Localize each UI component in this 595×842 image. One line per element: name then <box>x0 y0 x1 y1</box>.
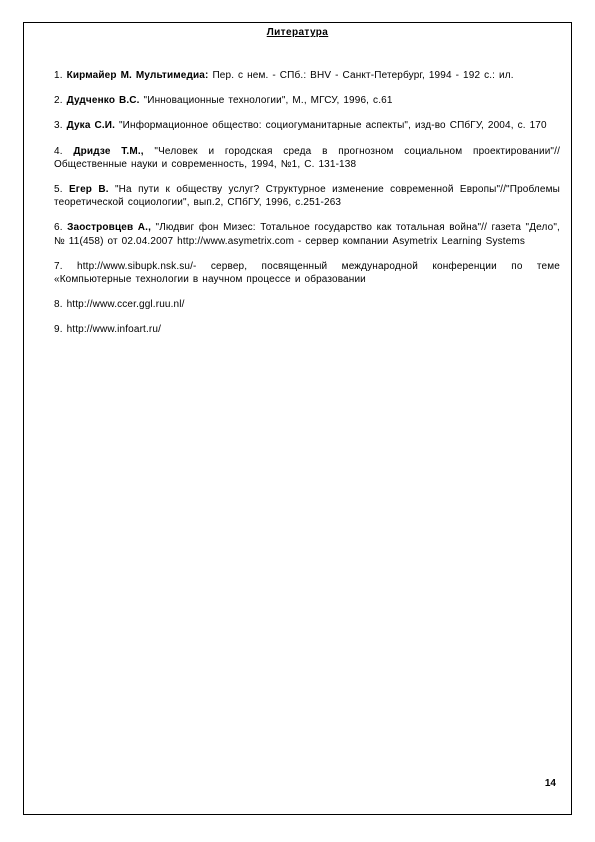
reference-number: 3. <box>54 120 63 131</box>
reference-author: Кирмайер М. Мультимедиа: <box>67 70 209 81</box>
reference-text: Пер. с нем. - СПб.: BHV - Санкт-Петербур… <box>212 70 513 81</box>
reference-author: Дука С.И. <box>67 120 115 131</box>
reference-number: 9. <box>54 324 63 335</box>
reference-item-9: 9. http://www.infoart.ru/ <box>54 323 560 336</box>
reference-item-1: 1. Кирмайер М. Мультимедиа: Пер. с нем. … <box>54 69 560 82</box>
reference-text: "Инновационные технологии", М., МГСУ, 19… <box>144 95 393 106</box>
reference-number: 8. <box>54 299 63 310</box>
reference-author: Дридзе Т.М., <box>73 146 143 157</box>
reference-number: 2. <box>54 95 63 106</box>
page-title: Литература <box>24 27 571 38</box>
reference-number: 5. <box>54 184 63 195</box>
reference-text: "Информационное общество: социогуманитар… <box>119 120 547 131</box>
reference-item-3: 3. Дука С.И. "Информационное общество: с… <box>54 119 560 132</box>
page-border: Литература 1. Кирмайер М. Мультимедиа: П… <box>23 22 572 815</box>
document-page: Литература 1. Кирмайер М. Мультимедиа: П… <box>0 0 595 842</box>
reference-number: 6. <box>54 222 63 233</box>
reference-author: Заостровцев А., <box>67 222 151 233</box>
reference-number: 7. <box>54 261 63 272</box>
reference-text: http://www.ccer.ggl.ruu.nl/ <box>67 299 185 310</box>
page-number: 14 <box>545 778 556 789</box>
reference-text: http://www.infoart.ru/ <box>67 324 161 335</box>
references-list: 1. Кирмайер М. Мультимедиа: Пер. с нем. … <box>54 69 560 337</box>
reference-number: 4. <box>54 146 63 157</box>
reference-author: Егер В. <box>69 184 109 195</box>
reference-item-7: 7. http://www.sibupk.nsk.su/- сервер, по… <box>54 260 560 286</box>
reference-item-8: 8. http://www.ccer.ggl.ruu.nl/ <box>54 298 560 311</box>
reference-item-4: 4. Дридзе Т.М., "Человек и городская сре… <box>54 145 560 171</box>
reference-author: Дудченко В.С. <box>67 95 140 106</box>
reference-number: 1. <box>54 70 63 81</box>
reference-text: http://www.sibupk.nsk.su/- сервер, посвя… <box>54 261 560 285</box>
reference-item-6: 6. Заостровцев А., "Людвиг фон Мизес: То… <box>54 221 560 247</box>
reference-text: "На пути к обществу услуг? Структурное и… <box>54 184 560 208</box>
reference-item-5: 5. Егер В. "На пути к обществу услуг? Ст… <box>54 183 560 209</box>
reference-item-2: 2. Дудченко В.С. "Инновационные технолог… <box>54 94 560 107</box>
